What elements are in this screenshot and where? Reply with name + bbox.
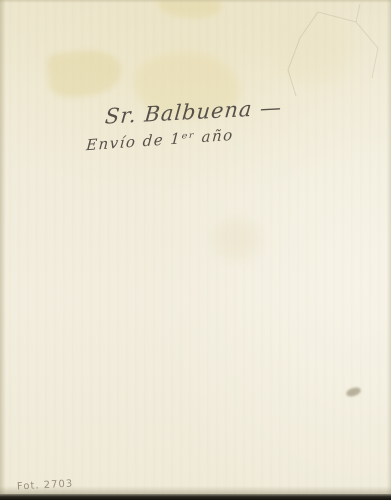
- dark-smudge-right: [345, 386, 362, 398]
- paper-edge-left: [0, 0, 6, 500]
- paper-edge-bottom-shadow: [0, 486, 391, 494]
- paper-grain-texture: [0, 0, 391, 500]
- paper-edge-right: [387, 0, 391, 500]
- photo-verso-scan: Sr. Balbuena — Envío de 1ᵉʳ año Fot. 270…: [0, 0, 391, 500]
- crease-lines: [260, 0, 391, 110]
- handwritten-inscription: Sr. Balbuena — Envío de 1ᵉʳ año: [86, 100, 266, 149]
- faint-smudge-center: [212, 218, 260, 260]
- inscription-note-line: Envío de 1ᵉʳ año: [86, 126, 235, 154]
- inscription-name-line: Sr. Balbuena —: [104, 95, 283, 128]
- glue-stain-top-right: [272, 12, 350, 84]
- glue-stain-left: [45, 46, 124, 101]
- paper-edge-top: [0, 0, 391, 3]
- paper-edge-bottom: [0, 494, 391, 500]
